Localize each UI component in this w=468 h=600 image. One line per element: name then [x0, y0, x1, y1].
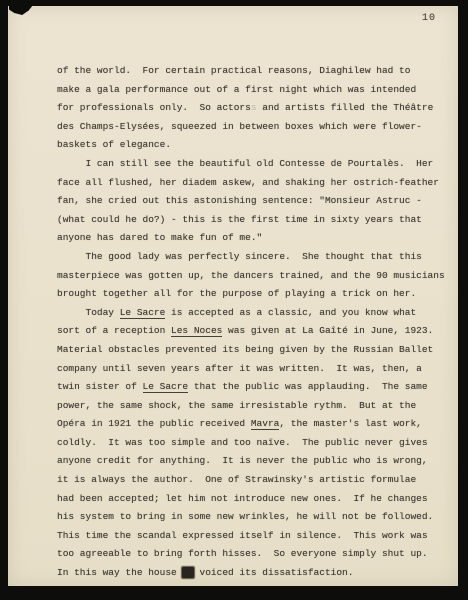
text-segment: sort of a reception: [57, 325, 171, 336]
text-segment: had been accepted; let him not introduce…: [57, 493, 428, 504]
text-segment: is accepted as a classic, and you know w…: [165, 307, 416, 318]
text-line: anyone has dared to make fun of me.": [57, 229, 455, 248]
text-segment: of the world. For certain practical reas…: [57, 65, 410, 76]
text-segment: was given at La Gaîté in June, 1923.: [222, 325, 433, 336]
underlined-work-title: Les Noces: [171, 325, 222, 337]
text-segment: In this way the house: [57, 567, 182, 578]
text-segment: it is always the author. One of Strawins…: [57, 474, 416, 485]
text-segment: Opéra in 1921 the public received: [57, 418, 251, 429]
text-segment: I can still see the beautiful old Contes…: [57, 158, 433, 169]
text-segment: voiced its dissatisfaction.: [194, 567, 354, 578]
text-segment: This time the scandal expressed itself i…: [57, 530, 428, 541]
text-segment: coldly. It was too simple and too naïve.…: [57, 437, 428, 448]
text-line: The good lady was perfectly sincere. She…: [57, 248, 455, 267]
text-line: his system to bring in some new wrinkles…: [57, 508, 455, 527]
text-segment: twin sister of: [57, 381, 143, 392]
text-segment: that the public was applauding. The same: [188, 381, 427, 392]
text-line: baskets of elegance.: [57, 136, 455, 155]
text-line: fan, she cried out this astonishing sent…: [57, 192, 455, 211]
text-line: of the world. For certain practical reas…: [57, 62, 455, 81]
text-segment: too agreeable to bring forth hisses. So …: [57, 548, 428, 559]
underlined-work-title: Mavra: [251, 418, 280, 430]
text-line: This time the scandal expressed itself i…: [57, 527, 455, 546]
text-segment: des Champs-Elysées, squeezed in between …: [57, 121, 422, 132]
text-line: (what could he do?) - this is the first …: [57, 211, 455, 230]
text-segment: The good lady was perfectly sincere. She…: [57, 251, 422, 262]
text-segment: brought together all for the purpose of …: [57, 288, 416, 299]
page-number: 10: [422, 13, 436, 24]
text-segment: company until seven years after it was w…: [57, 363, 422, 374]
struck-out-word: xx: [182, 567, 193, 578]
document-text: of the world. For certain practical reas…: [57, 62, 455, 583]
torn-corner: [9, 5, 33, 15]
text-segment: Today: [57, 307, 120, 318]
text-line: twin sister of Le Sacre that the public …: [57, 378, 455, 397]
text-line: coldly. It was too simple and too naïve.…: [57, 434, 455, 453]
text-segment: fan, she cried out this astonishing sent…: [57, 195, 422, 206]
text-line: In this way the house xx voiced its diss…: [57, 564, 455, 583]
text-segment: his system to bring in some new wrinkles…: [57, 511, 433, 522]
text-line: too agreeable to bring forth hisses. So …: [57, 545, 455, 564]
text-segment: for professionals only. So actors: [57, 102, 251, 113]
text-line: sort of a reception Les Noces was given …: [57, 322, 455, 341]
text-line: power, the same shock, the same irresist…: [57, 397, 455, 416]
text-segment: power, the same shock, the same irresist…: [57, 400, 416, 411]
text-segment: baskets of elegance.: [57, 139, 171, 150]
text-segment: anyone has dared to make fun of me.": [57, 232, 262, 243]
text-line: des Champs-Elysées, squeezed in between …: [57, 118, 455, 137]
text-line: had been accepted; let him not introduce…: [57, 490, 455, 509]
underlined-work-title: Le Sacre: [120, 307, 166, 319]
text-segment: face all flushed, her diadem askew, and …: [57, 177, 439, 188]
text-segment: make a gala performance out of a first n…: [57, 84, 416, 95]
text-line: Today Le Sacre is accepted as a classic,…: [57, 304, 455, 323]
text-line: it is always the author. One of Strawins…: [57, 471, 455, 490]
text-line: make a gala performance out of a first n…: [57, 81, 455, 100]
text-line: anyone credit for anything. It is never …: [57, 452, 455, 471]
underlined-work-title: Le Sacre: [143, 381, 189, 393]
text-line: Material obstacles prevented its being g…: [57, 341, 455, 360]
text-line: company until seven years after it was w…: [57, 360, 455, 379]
text-line: for professionals only. So actorss and a…: [57, 99, 455, 118]
typescript-page: 10 of the world. For certain practical r…: [8, 6, 458, 586]
text-line: I can still see the beautiful old Contes…: [57, 155, 455, 174]
text-segment: , the master's last work,: [279, 418, 422, 429]
text-line: masterpiece was gotten up, the dancers t…: [57, 267, 455, 286]
text-line: brought together all for the purpose of …: [57, 285, 455, 304]
text-segment: (what could he do?) - this is the first …: [57, 214, 422, 225]
text-segment: anyone credit for anything. It is never …: [57, 455, 428, 466]
text-segment: Material obstacles prevented its being g…: [57, 344, 433, 355]
text-line: Opéra in 1921 the public received Mavra,…: [57, 415, 455, 434]
text-segment: masterpiece was gotten up, the dancers t…: [57, 270, 445, 281]
text-segment: and artists filled the Théâtre: [257, 102, 434, 113]
text-line: face all flushed, her diadem askew, and …: [57, 174, 455, 193]
